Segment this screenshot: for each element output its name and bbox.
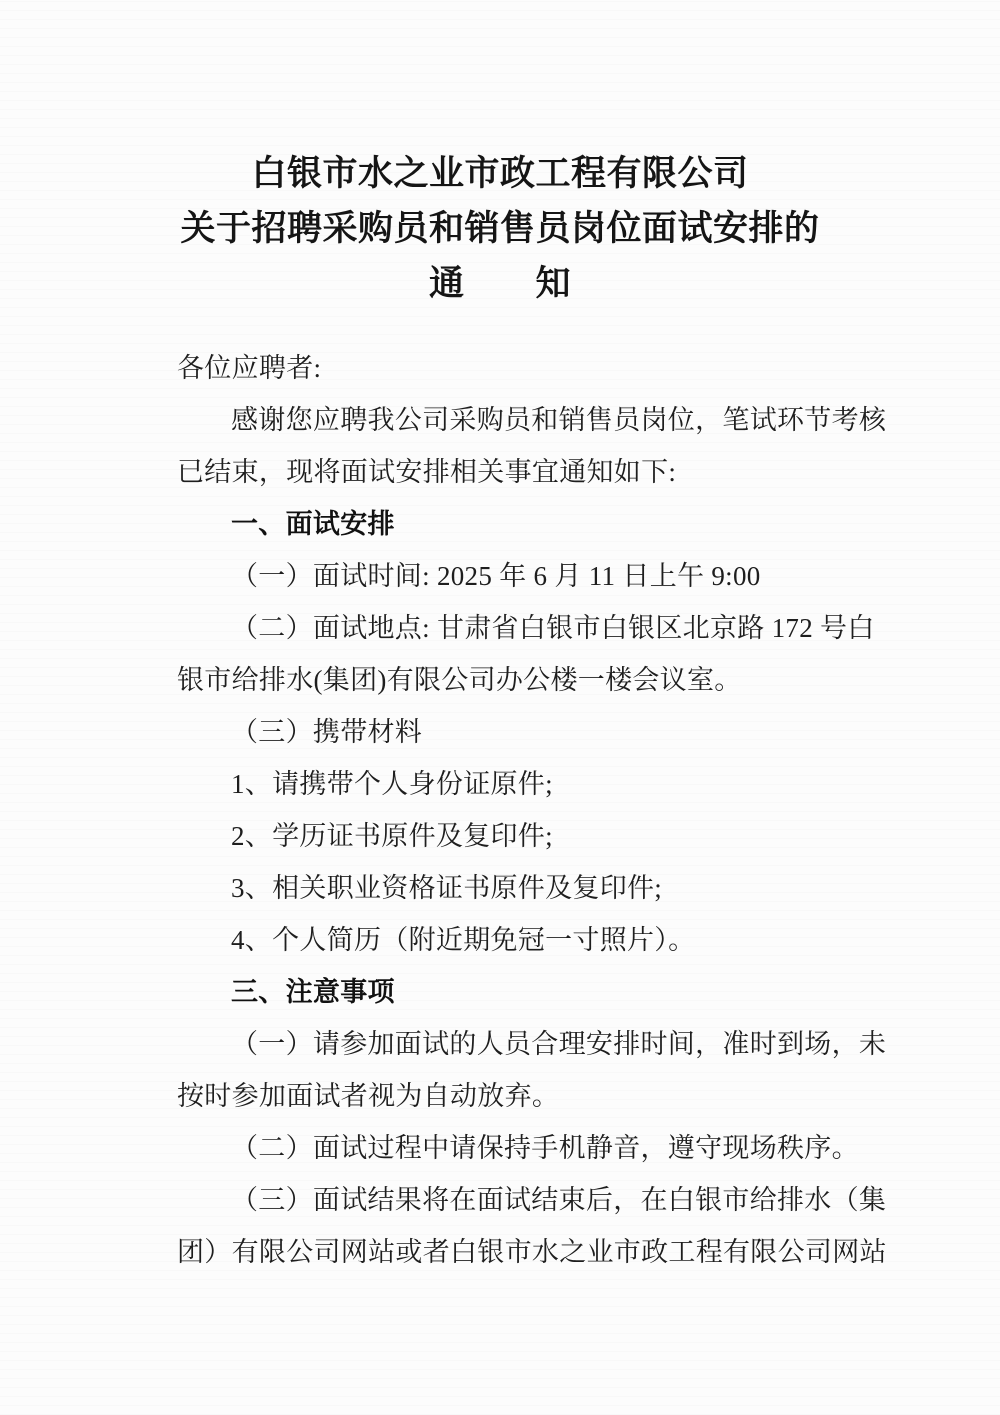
doc-title-line-notice: 通 知 — [0, 256, 1000, 311]
material-item-3: 3、相关职业资格证书原件及复印件; — [177, 862, 857, 914]
note-item-3-line-1: （三）面试结果将在面试结束后，在白银市给排水（集 — [177, 1174, 857, 1226]
document-title: 白银市水之业市政工程有限公司 关于招聘采购员和销售员岗位面试安排的 通 知 — [0, 146, 1000, 311]
note-item-1-line-2: 按时参加面试者视为自动放弃。 — [177, 1070, 857, 1122]
note-item-2: （二）面试过程中请保持手机静音，遵守现场秩序。 — [177, 1122, 857, 1174]
doc-title-line-company: 白银市水之业市政工程有限公司 — [0, 146, 1000, 201]
document-page: 白银市水之业市政工程有限公司 关于招聘采购员和销售员岗位面试安排的 通 知 各位… — [0, 0, 1000, 1415]
intro-line-2: 已结束，现将面试安排相关事宜通知如下: — [177, 446, 857, 498]
interview-location-line-2: 银市给排水(集团)有限公司办公楼一楼会议室。 — [177, 654, 857, 706]
note-item-3-line-2: 团）有限公司网站或者白银市水之业市政工程有限公司网站 — [177, 1226, 857, 1278]
document-body: 各位应聘者: 感谢您应聘我公司采购员和销售员岗位，笔试环节考核 已结束，现将面试… — [177, 342, 857, 1278]
interview-location-line-1: （二）面试地点: 甘肃省白银市白银区北京路 172 号白 — [177, 602, 857, 654]
intro-line-1: 感谢您应聘我公司采购员和销售员岗位，笔试环节考核 — [177, 394, 857, 446]
materials-heading-line: （三）携带材料 — [177, 706, 857, 758]
material-item-1: 1、请携带个人身份证原件; — [177, 758, 857, 810]
salutation-line: 各位应聘者: — [177, 342, 857, 394]
interview-time-line: （一）面试时间: 2025 年 6 月 11 日上午 9:00 — [177, 550, 857, 602]
material-item-2: 2、学历证书原件及复印件; — [177, 810, 857, 862]
doc-title-line-subject: 关于招聘采购员和销售员岗位面试安排的 — [0, 201, 1000, 256]
material-item-4: 4、个人简历（附近期免冠一寸照片）。 — [177, 914, 857, 966]
note-item-1-line-1: （一）请参加面试的人员合理安排时间，准时到场，未 — [177, 1018, 857, 1070]
section-heading-notes: 三、注意事项 — [177, 966, 857, 1018]
section-heading-interview-arrangement: 一、面试安排 — [177, 498, 857, 550]
